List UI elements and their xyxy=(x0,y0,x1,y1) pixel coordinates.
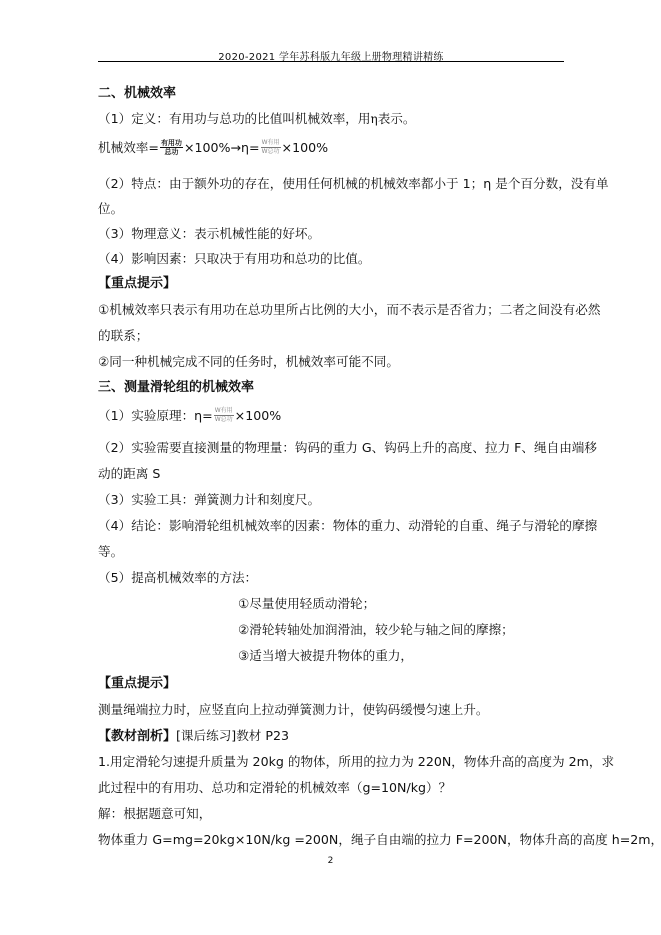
feature-line-1: （2）特点：由于额外功的存在，使用任何机械的机械效率都小于 1；η 是个百分数，… xyxy=(98,176,609,192)
efficiency-formula: 机械效率=有用功总功×100%→η=W有用W总功×100% xyxy=(98,140,328,157)
section-heading-mechanical-efficiency: 二、机械效率 xyxy=(98,86,176,102)
tip-2: ②同一种机械完成不同的任务时，机械效率可能不同。 xyxy=(98,354,399,370)
fraction-w-useful-over-w-total: W有用W总功 xyxy=(214,407,234,424)
document-page: 2020-2021 学年苏科版九年级上册物理精讲精练 二、机械效率 （1）定义：… xyxy=(0,0,661,935)
principle-tail: ×100% xyxy=(235,408,282,423)
definition-line: （1）定义：有用功与总功的比值叫机械效率，用η表示。 xyxy=(98,111,415,127)
question-1-line-2: 此过程中的有用功、总功和定滑轮的机械效率（g=10N/kg）？ xyxy=(98,780,451,796)
section-heading-pulley-efficiency: 三、测量滑轮组的机械效率 xyxy=(98,380,254,396)
fraction-numerator: W有用 xyxy=(261,139,281,148)
fraction-denominator: W总功 xyxy=(214,416,234,424)
formula-middle: ×100%→η= xyxy=(184,140,260,155)
formula-label: 机械效率= xyxy=(98,140,159,155)
measurement-tip: 测量绳端拉力时，应竖直向上拉动弹簧测力计，使钩码缓慢匀速上升。 xyxy=(98,702,488,718)
physical-meaning: （3）物理意义：表示机械性能的好坏。 xyxy=(98,226,320,242)
formula-tail: ×100% xyxy=(282,140,329,155)
experiment-principle: （1）实验原理：η=W有用W总功×100% xyxy=(98,408,281,425)
conclusion-line-2: 等。 xyxy=(98,544,123,560)
key-tips-heading-2: 【重点提示】 xyxy=(98,676,176,692)
header-rule xyxy=(98,61,564,62)
quantities-line-1: （2）实验需要直接测量的物理量：钩码的重力 G、钩码上升的高度、拉力 F、绳自由… xyxy=(98,440,597,456)
improve-methods-heading: （5）提高机械效率的方法： xyxy=(98,570,257,586)
definition-suffix: 表示。 xyxy=(378,111,416,126)
solution-line-1: 物体重力 G=mg=20kg×10N/kg =200N，绳子自由端的拉力 F=2… xyxy=(98,832,661,848)
textbook-analysis-heading: 【教材剖析】 xyxy=(98,729,176,744)
principle-prefix: （1）实验原理：η= xyxy=(98,408,213,423)
textbook-reference: [课后练习]教材 P23 xyxy=(176,728,289,743)
quantities-line-2: 动的距离 S xyxy=(98,466,160,482)
eta-symbol: η xyxy=(370,112,377,126)
textbook-analysis-line: 【教材剖析】[课后练习]教材 P23 xyxy=(98,728,289,745)
fraction-numerator: W有用 xyxy=(214,407,234,416)
tip-1-line-1: ①机械效率只表示有用功在总功里所占比例的大小，而不表示是否省力；二者之间没有必然 xyxy=(98,302,600,318)
fraction-numerator: 有用功 xyxy=(160,139,183,148)
key-tips-heading: 【重点提示】 xyxy=(98,276,176,292)
page-number: 2 xyxy=(0,856,661,866)
improve-item-3: ③适当增大被提升物体的重力， xyxy=(238,648,413,664)
improve-item-2: ②滑轮转轴处加润滑油，较少轮与轴之间的摩擦； xyxy=(238,622,514,638)
feature-line-2: 位。 xyxy=(98,201,123,217)
influencing-factors: （4）影响因素：只取决于有用功和总功的比值。 xyxy=(98,251,370,267)
experiment-tools: （3）实验工具：弹簧测力计和刻度尺。 xyxy=(98,492,320,508)
question-1-line-1: 1.用定滑轮匀速提升质量为 20kg 的物体，所用的拉力为 220N，物体升高的… xyxy=(98,754,614,770)
definition-prefix: （1）定义：有用功与总功的比值叫机械效率，用 xyxy=(98,111,370,126)
solution-intro: 解：根据题意可知， xyxy=(98,806,211,822)
fraction-denominator: 总功 xyxy=(160,148,183,156)
fraction-useful-over-total: 有用功总功 xyxy=(160,139,183,156)
tip-1-line-2: 的联系； xyxy=(98,328,148,344)
fraction-denominator: W总功 xyxy=(261,148,281,156)
improve-item-1: ①尽量使用轻质动滑轮； xyxy=(238,596,375,612)
conclusion-line-1: （4）结论：影响滑轮组机械效率的因素：物体的重力、动滑轮的自重、绳子与滑轮的摩擦 xyxy=(98,518,597,534)
fraction-w-useful-over-w-total: W有用W总功 xyxy=(261,139,281,156)
